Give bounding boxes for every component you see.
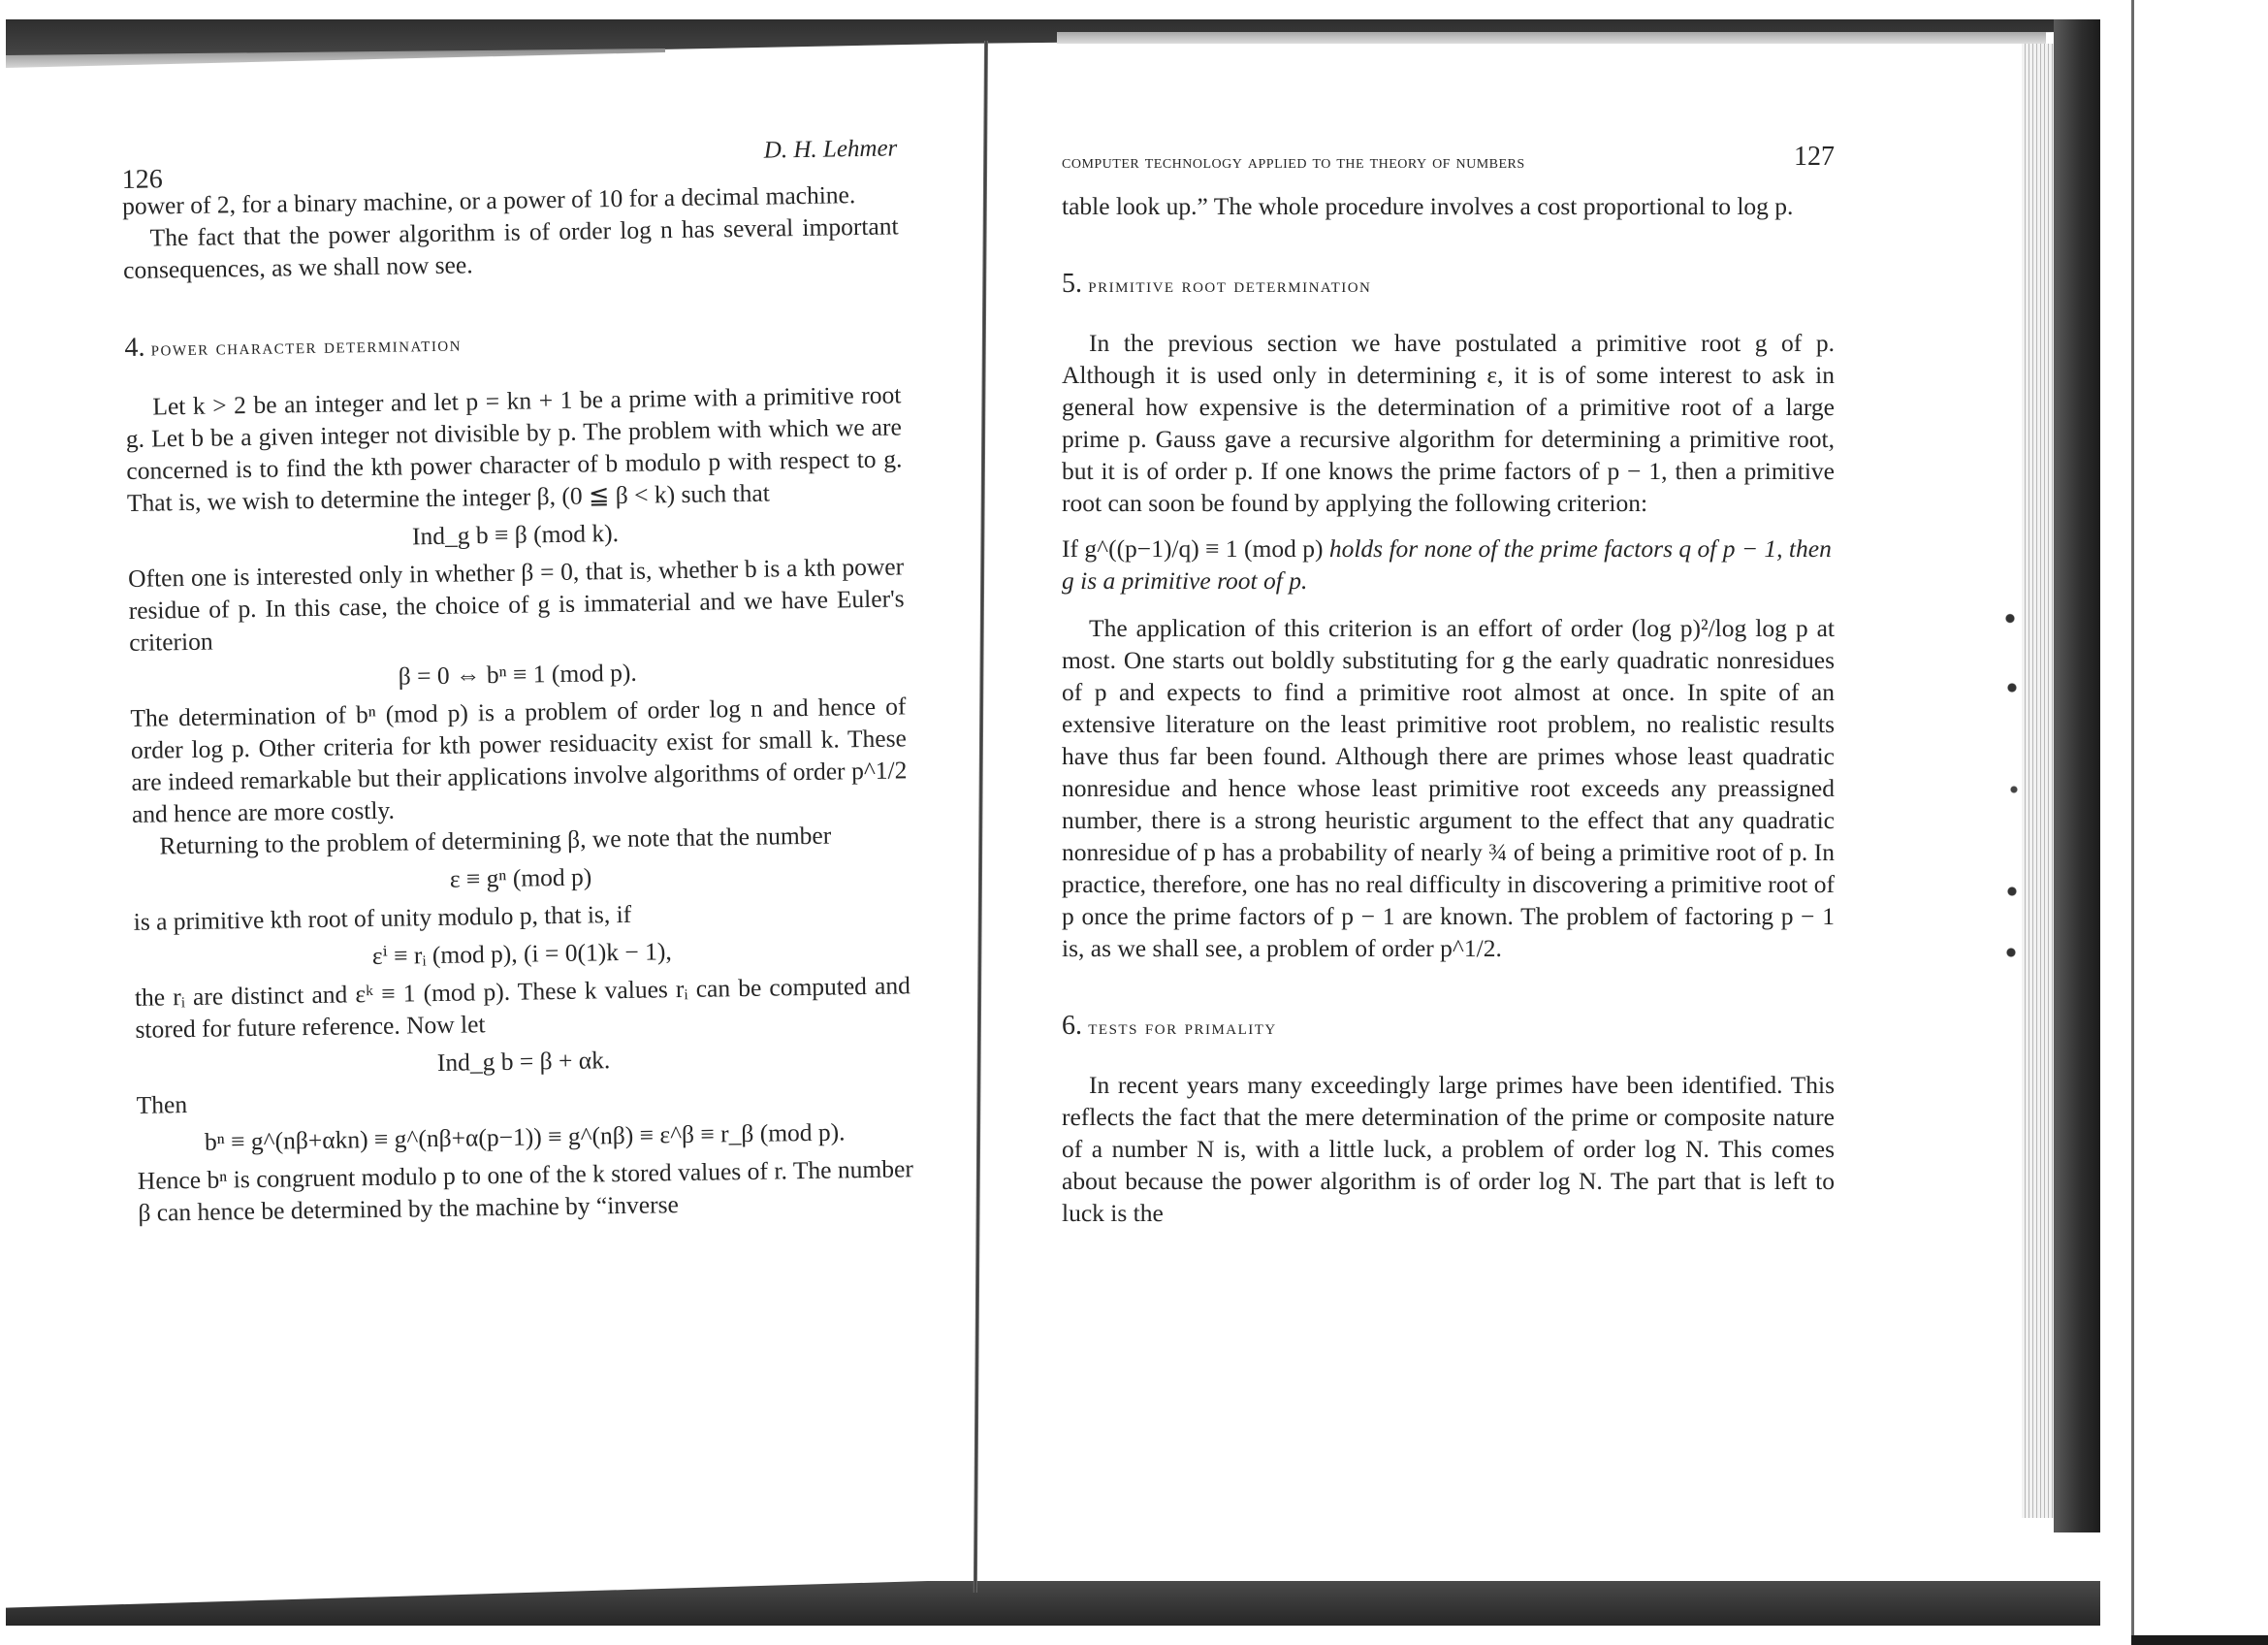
paragraph: The determination of bⁿ (mod p) is a pro… [130,690,908,830]
section-title: PRIMITIVE ROOT DETERMINATION [1088,273,1371,297]
display-equation: Ind_g b = β + αk. [136,1039,911,1083]
display-equation: bⁿ ≡ g^(nβ+αkn) ≡ g^(nβ+α(p−1)) ≡ g^(nβ)… [137,1114,912,1159]
right-page-body: table look up.” The whole procedure invo… [1062,190,1835,1229]
adjacent-scan-page [2131,0,2268,1645]
page-stack-top-right [1057,32,2046,44]
book-cover-right-edge [2054,19,2100,1532]
section-number: 5. [1062,269,1082,299]
paragraph: The fact that the power algorithm is of … [122,210,899,286]
paragraph: Hence bⁿ is congruent modulo p to one of… [138,1152,914,1229]
paragraph: Let k > 2 be an integer and let p = kn +… [125,378,903,519]
author-running-head: D. H. Lehmer [764,135,898,164]
display-equation: Ind_g b ≡ β (mod k). [127,512,903,557]
running-head-right: COMPUTER TECHNOLOGY APPLIED TO THE THEOR… [1062,136,1835,190]
section-number: 4. [124,333,144,363]
page-stack-right-edge [2022,44,2054,1518]
criterion-statement: If g^((p−1)/q) ≡ 1 (mod p) holds for non… [1062,532,1835,597]
display-equation: ε ≡ gⁿ (mod p) [133,855,909,900]
right-page: COMPUTER TECHNOLOGY APPLIED TO THE THEOR… [1062,136,1835,1229]
paragraph: In recent years many exceedingly large p… [1062,1069,1835,1229]
paragraph: Often one is interested only in whether … [128,550,905,659]
paragraph: the rᵢ are distinct and εᵏ ≡ 1 (mod p). … [135,969,911,1046]
book-cover-bottom-edge [6,1581,2100,1626]
title-running-head: COMPUTER TECHNOLOGY APPLIED TO THE THEOR… [1062,151,1525,174]
criterion-formula: If g^((p−1)/q) ≡ 1 (mod p) [1062,534,1323,563]
section-heading: 6. TESTS FOR PRIMALITY [1062,1011,1835,1042]
paragraph: table look up.” The whole procedure invo… [1062,190,1835,222]
book-gutter [974,41,988,1593]
page-number: 127 [1794,142,1835,173]
section-heading: 5. PRIMITIVE ROOT DETERMINATION [1062,269,1835,300]
section-title: POWER CHARACTER DETERMINATION [150,332,462,361]
page-number: 126 [121,164,162,196]
paragraph: The application of this criterion is an … [1062,612,1835,964]
section-heading: 4. POWER CHARACTER DETERMINATION [124,320,900,364]
section-number: 6. [1062,1011,1082,1041]
display-equation: εⁱ ≡ rᵢ (mod p), (i = 0(1)k − 1), [134,931,910,976]
section-title: TESTS FOR PRIMALITY [1088,1015,1277,1039]
left-page-body: power of 2, for a binary machine, or a p… [122,177,914,1228]
page-edge-marks [2002,606,2022,1014]
left-page: 126 D. H. Lehmer power of 2, for a binar… [121,123,914,1228]
paragraph: Then [136,1077,911,1121]
adjacent-scan-edge [2131,1635,2268,1645]
paragraph: is a primitive kth root of unity modulo … [133,893,909,938]
paragraph: In the previous section we have postulat… [1062,327,1835,519]
display-equation: β = 0 ⇔ bⁿ ≡ 1 (mod p). [130,652,906,696]
